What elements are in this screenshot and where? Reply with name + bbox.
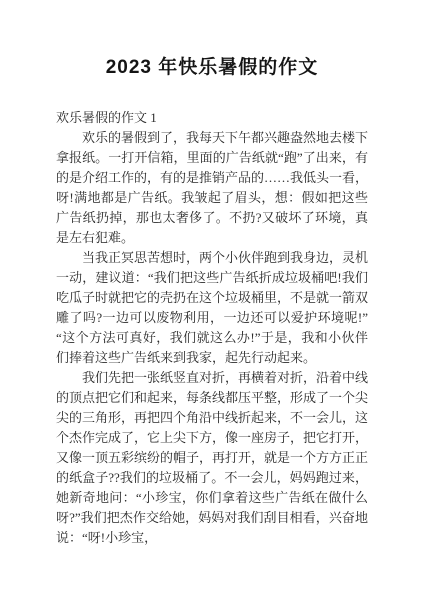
- essay-paragraph-3: 我们先把一张纸竖直对折，再横着对折，沿着中线的顶点把它们和起来，每条线都压平整，…: [56, 368, 368, 548]
- document-title: 2023 年快乐暑假的作文: [0, 0, 424, 81]
- essay-paragraph-2: 当我正冥思苦想时，两个小伙伴跑到我身边，灵机一动，建议道：“我们把这些广告纸折成…: [56, 248, 368, 368]
- document-page: 2023 年快乐暑假的作文 欢乐暑假的作文 1 欢乐的暑假到了，我每天下午都兴趣…: [0, 0, 424, 600]
- document-body: 欢乐暑假的作文 1 欢乐的暑假到了，我每天下午都兴趣盎然地去楼下拿报纸。一打开信…: [56, 108, 368, 548]
- section-label: 欢乐暑假的作文 1: [56, 108, 368, 128]
- essay-paragraph-1: 欢乐的暑假到了，我每天下午都兴趣盎然地去楼下拿报纸。一打开信箱，里面的广告纸就“…: [56, 128, 368, 248]
